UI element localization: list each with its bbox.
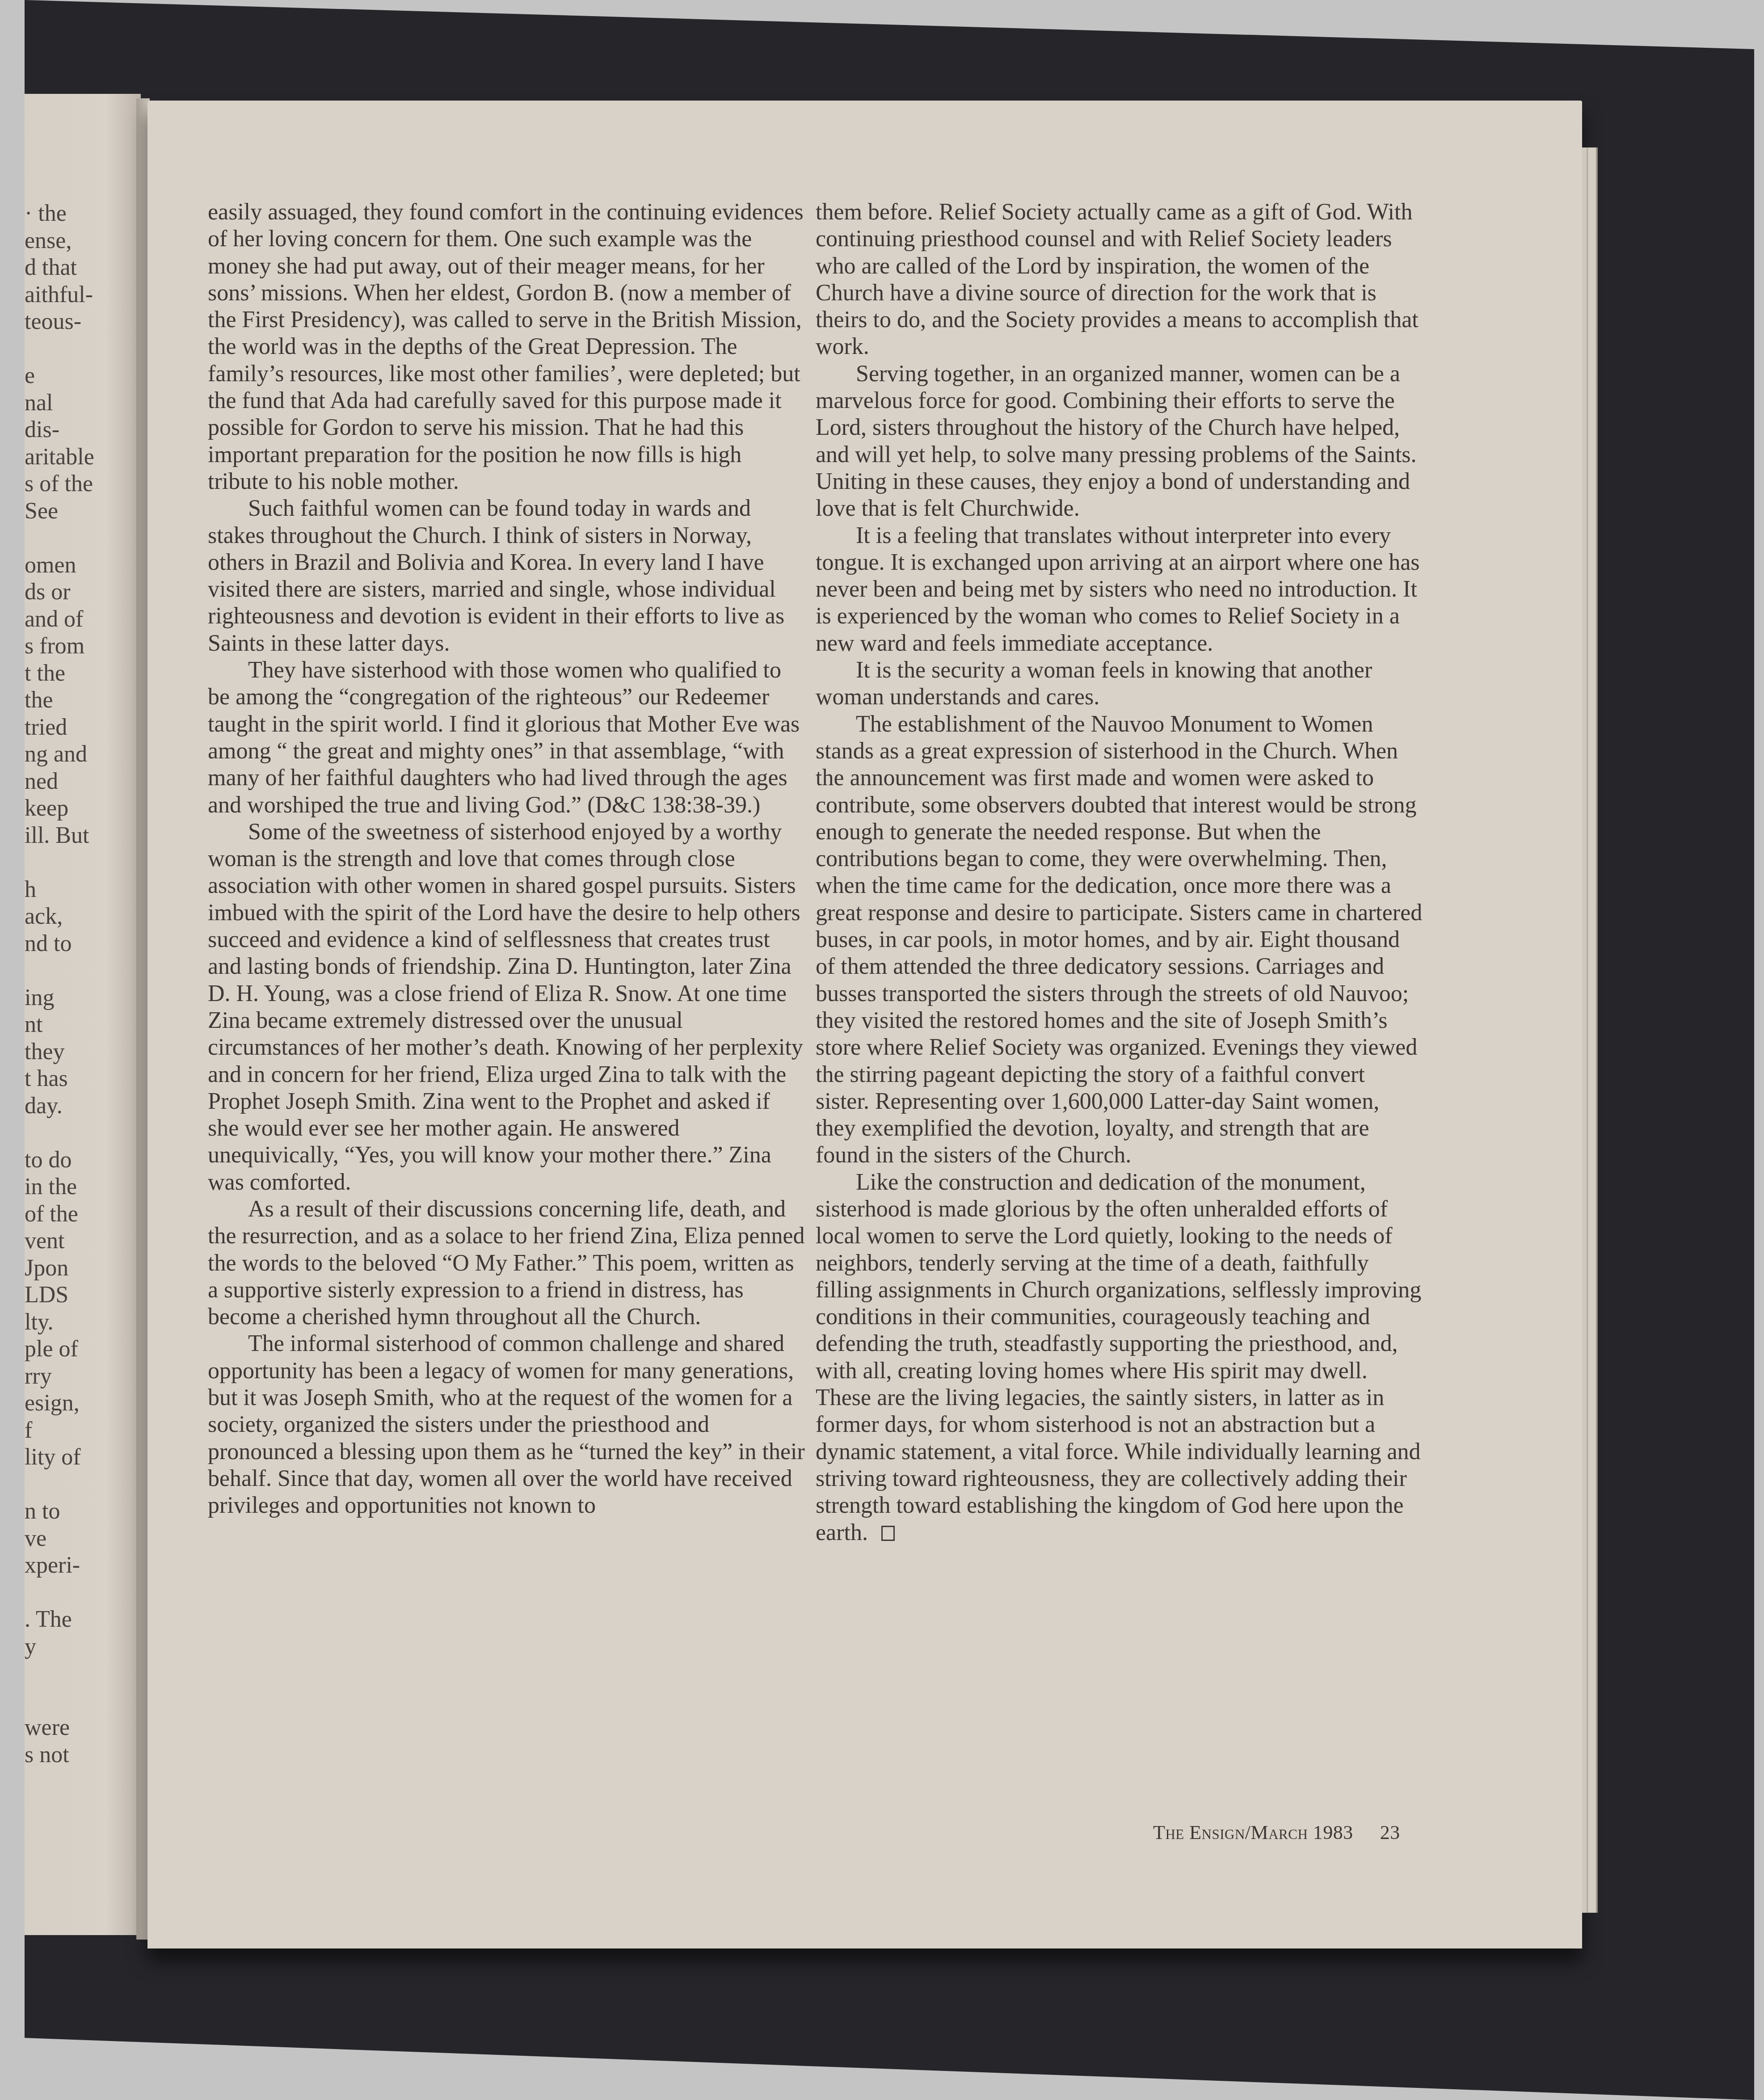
paragraph: The establishment of the Nauvoo Monument… <box>816 711 1423 1169</box>
paragraph-final: Like the construction and dedication of … <box>816 1169 1423 1546</box>
paragraph: Such faithful women can be found today i… <box>208 495 807 657</box>
paragraph: As a result of their discussions concern… <box>208 1196 807 1330</box>
end-of-article-square-icon <box>881 1526 895 1541</box>
page-number: 23 <box>1380 1822 1400 1843</box>
facing-page-text: · the ense, d that aithful- teous- e nal… <box>25 200 94 1768</box>
paragraph: They have sisterhood with those women wh… <box>208 657 807 819</box>
text-column-left: easily assuaged, they found comfort in t… <box>208 199 807 1519</box>
paragraph: Some of the sweetness of sisterhood enjo… <box>208 819 807 1196</box>
magazine-page: easily assuaged, they found comfort in t… <box>147 101 1582 1948</box>
paragraph: It is a feeling that translates without … <box>816 522 1423 657</box>
paragraph: The informal sisterhood of common challe… <box>208 1330 807 1519</box>
paragraph-final-text: Like the construction and dedication of … <box>816 1170 1421 1545</box>
publication-folio: The Ensign/March 1983 <box>1153 1822 1353 1843</box>
paragraph: It is the security a woman feels in know… <box>816 657 1423 711</box>
paragraph: Serving together, in an organized manner… <box>816 361 1423 522</box>
page-footer: The Ensign/March 198323 <box>1153 1821 1400 1844</box>
facing-page-fragment: · the ense, d that aithful- teous- e nal… <box>25 94 141 1935</box>
paragraph: them before. Relief Society actually cam… <box>816 199 1423 361</box>
page-stack-edge <box>1582 147 1598 1913</box>
text-column-right: them before. Relief Society actually cam… <box>816 199 1423 1546</box>
paragraph: easily assuaged, they found comfort in t… <box>208 199 807 495</box>
